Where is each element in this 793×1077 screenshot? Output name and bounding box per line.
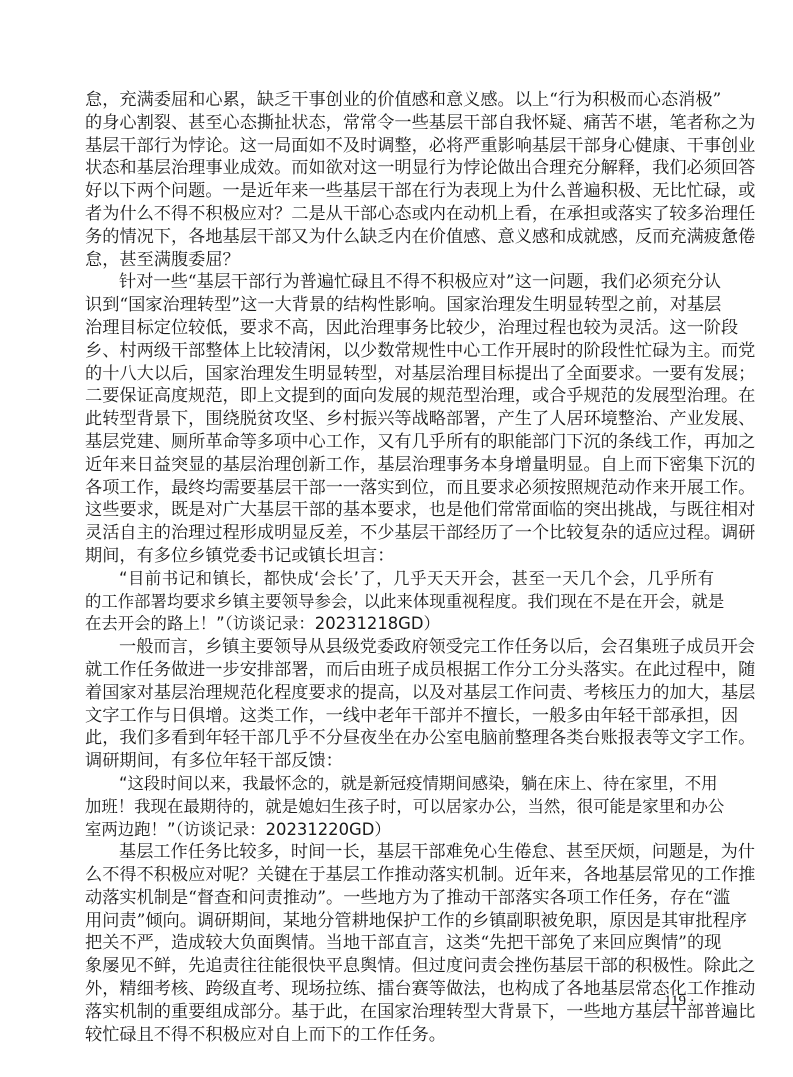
text-line: 的身心割裂、甚至心态撕扯状态，常常令一些基层干部自我怀疑、痛苦不堪，笔者称之为 xyxy=(85,112,714,135)
quote-line: 加班！我现在最期待的，就是媳妇生孩子时，可以居家办公，当然，很可能是家里和办公 xyxy=(85,796,714,819)
text-line: 针对一些“基层干部行为普遍忙碌且不得不积极应对”这一问题，我们必须充分认 xyxy=(85,271,714,294)
paragraph-4: 基层工作任务比较多，时间一长，基层干部难免心生倦怠、甚至厌烦，问题是，为什 么不… xyxy=(85,841,714,1046)
text-line: 文字工作与日俱增。这类工作，一线中老年干部并不擅长，一般多由年轻干部承担，因 xyxy=(85,705,714,728)
quote-line: “这段时间以来，我最怀念的，就是新冠疫情期间感染，躺在床上、待在家里，不用 xyxy=(85,773,714,796)
text-line: 外，精细考核、跨级直考、现场拉练、擂台赛等做法，也构成了各地基层常态化工作推动 xyxy=(85,978,714,1001)
text-line: 的十八大以后，国家治理发生明显转型，对基层治理目标提出了全面要求。一要有发展； xyxy=(85,363,714,386)
text-line: 较忙碌且不得不积极应对自上而下的工作任务。 xyxy=(85,1024,714,1047)
text-line: 怠，甚至满腹委屈？ xyxy=(85,249,714,272)
text-line: 这些要求，既是对广大基层干部的基本要求，也是他们常常面临的突出挑战，与既往相对 xyxy=(85,499,714,522)
text-line: 务的情况下，各地基层干部又为什么缺乏内在价值感、意义感和成就感，反而充满疲惫倦 xyxy=(85,226,714,249)
text-line: 基层干部行为悖论。这一局面如不及时调整，必将严重影响基层干部身心健康、干事创业 xyxy=(85,135,714,158)
paragraph-2: 针对一些“基层干部行为普遍忙碌且不得不积极应对”这一问题，我们必须充分认 识到“… xyxy=(85,271,714,567)
article-body: 怠，充满委屈和心累，缺乏干事创业的价值感和意义感。以上“行为积极而心态消极” 的… xyxy=(85,89,714,1046)
interview-quote-2: “这段时间以来，我最怀念的，就是新冠疫情期间感染，躺在床上、待在家里，不用 加班… xyxy=(85,773,714,841)
text-line: 怠，充满委屈和心累，缺乏干事创业的价值感和意义感。以上“行为积极而心态消极” xyxy=(85,89,714,112)
text-line: 么不得不积极应对呢？关键在于基层工作推动落实机制。近年来，各地基层常见的工作推 xyxy=(85,864,714,887)
text-line: 者为什么不得不积极应对？二是从干部心态或内在动机上看，在承担或落实了较多治理任 xyxy=(85,203,714,226)
text-line: 一般而言，乡镇主要领导从县级党委政府领受完工作任务以后，会召集班子成员开会 xyxy=(85,636,714,659)
text-line: 就工作任务做进一步安排部署，而后由班子成员根据工作分工分头落实。在此过程中，随 xyxy=(85,659,714,682)
text-line: 近年来日益突显的基层治理创新工作，基层治理事务本身增量明显。自上而下密集下沉的 xyxy=(85,454,714,477)
text-line: 着国家对基层治理规范化程度要求的提高，以及对基层工作问责、考核压力的加大，基层 xyxy=(85,682,714,705)
text-line: 动落实机制是“督查和问责推动”。一些地方为了推动干部落实各项工作任务，存在“滥 xyxy=(85,887,714,910)
quote-line: 在去开会的路上！”（访谈记录：20231218GD） xyxy=(85,613,714,636)
text-line: 象屡见不鲜，先追责往往能很快平息舆情。但过度问责会挫伤基层干部的积极性。除此之 xyxy=(85,955,714,978)
quote-line: 室两边跑！”（访谈记录：20231220GD） xyxy=(85,819,714,842)
paragraph-1: 怠，充满委屈和心累，缺乏干事创业的价值感和意义感。以上“行为积极而心态消极” 的… xyxy=(85,89,714,271)
text-line: 此，我们多看到年轻干部几乎不分昼夜坐在办公室电脑前整理各类台账报表等文字工作。 xyxy=(85,727,714,750)
text-line: 灵活自主的治理过程形成明显反差，不少基层干部经历了一个比较复杂的适应过程。调研 xyxy=(85,522,714,545)
text-line: 基层党建、厕所革命等多项中心工作，又有几乎所有的职能部门下沉的条线工作，再加之 xyxy=(85,431,714,454)
text-line: 把关不严，造成较大负面舆情。当地干部直言，这类“先把干部免了来回应舆情”的现 xyxy=(85,932,714,955)
text-line: 好以下两个问题。一是近年来一些基层干部在行为表现上为什么普遍积极、无比忙碌，或 xyxy=(85,180,714,203)
text-line: 落实机制的重要组成部分。基于此，在国家治理转型大背景下，一些地方基层干部普遍比 xyxy=(85,1001,714,1024)
paragraph-3: 一般而言，乡镇主要领导从县级党委政府领受完工作任务以后，会召集班子成员开会 就工… xyxy=(85,636,714,773)
text-line: 此转型背景下，围绕脱贫攻坚、乡村振兴等战略部署，产生了人居环境整治、产业发展、 xyxy=(85,408,714,431)
text-line: 二要保证高度规范，即上文提到的面向发展的规范型治理，或合乎规范的发展型治理。在 xyxy=(85,385,714,408)
quote-line: 的工作部署均要求乡镇主要领导参会，以此来体现重视程度。我们现在不是在开会，就是 xyxy=(85,591,714,614)
text-line: 用问责”倾向。调研期间，某地分管耕地保护工作的乡镇副职被免职，原因是其审批程序 xyxy=(85,910,714,933)
quote-line: “目前书记和镇长，都快成‘会长’了，几乎天天开会，甚至一天几个会，几乎所有 xyxy=(85,568,714,591)
text-line: 期间，有多位乡镇党委书记或镇长坦言： xyxy=(85,545,714,568)
page-number: · 119 · xyxy=(640,993,710,1010)
text-line: 乡、村两级干部整体上比较清闲，以少数常规性中心工作开展时的阶段性忙碌为主。而党 xyxy=(85,340,714,363)
text-line: 调研期间，有多位年轻干部反馈： xyxy=(85,750,714,773)
text-line: 状态和基层治理事业成效。而如欲对这一明显行为悖论做出合理充分解释，我们必须回答 xyxy=(85,157,714,180)
text-line: 治理目标定位较低，要求不高，因此治理事务比较少，治理过程也较为灵活。这一阶段 xyxy=(85,317,714,340)
text-line: 各项工作，最终均需要基层干部一一落实到位，而且要求必须按照规范动作来开展工作。 xyxy=(85,477,714,500)
interview-quote-1: “目前书记和镇长，都快成‘会长’了，几乎天天开会，甚至一天几个会，几乎所有 的工… xyxy=(85,568,714,636)
text-line: 识到“国家治理转型”这一大背景的结构性影响。国家治理发生明显转型之前，对基层 xyxy=(85,294,714,317)
text-line: 基层工作任务比较多，时间一长，基层干部难免心生倦怠、甚至厌烦，问题是，为什 xyxy=(85,841,714,864)
